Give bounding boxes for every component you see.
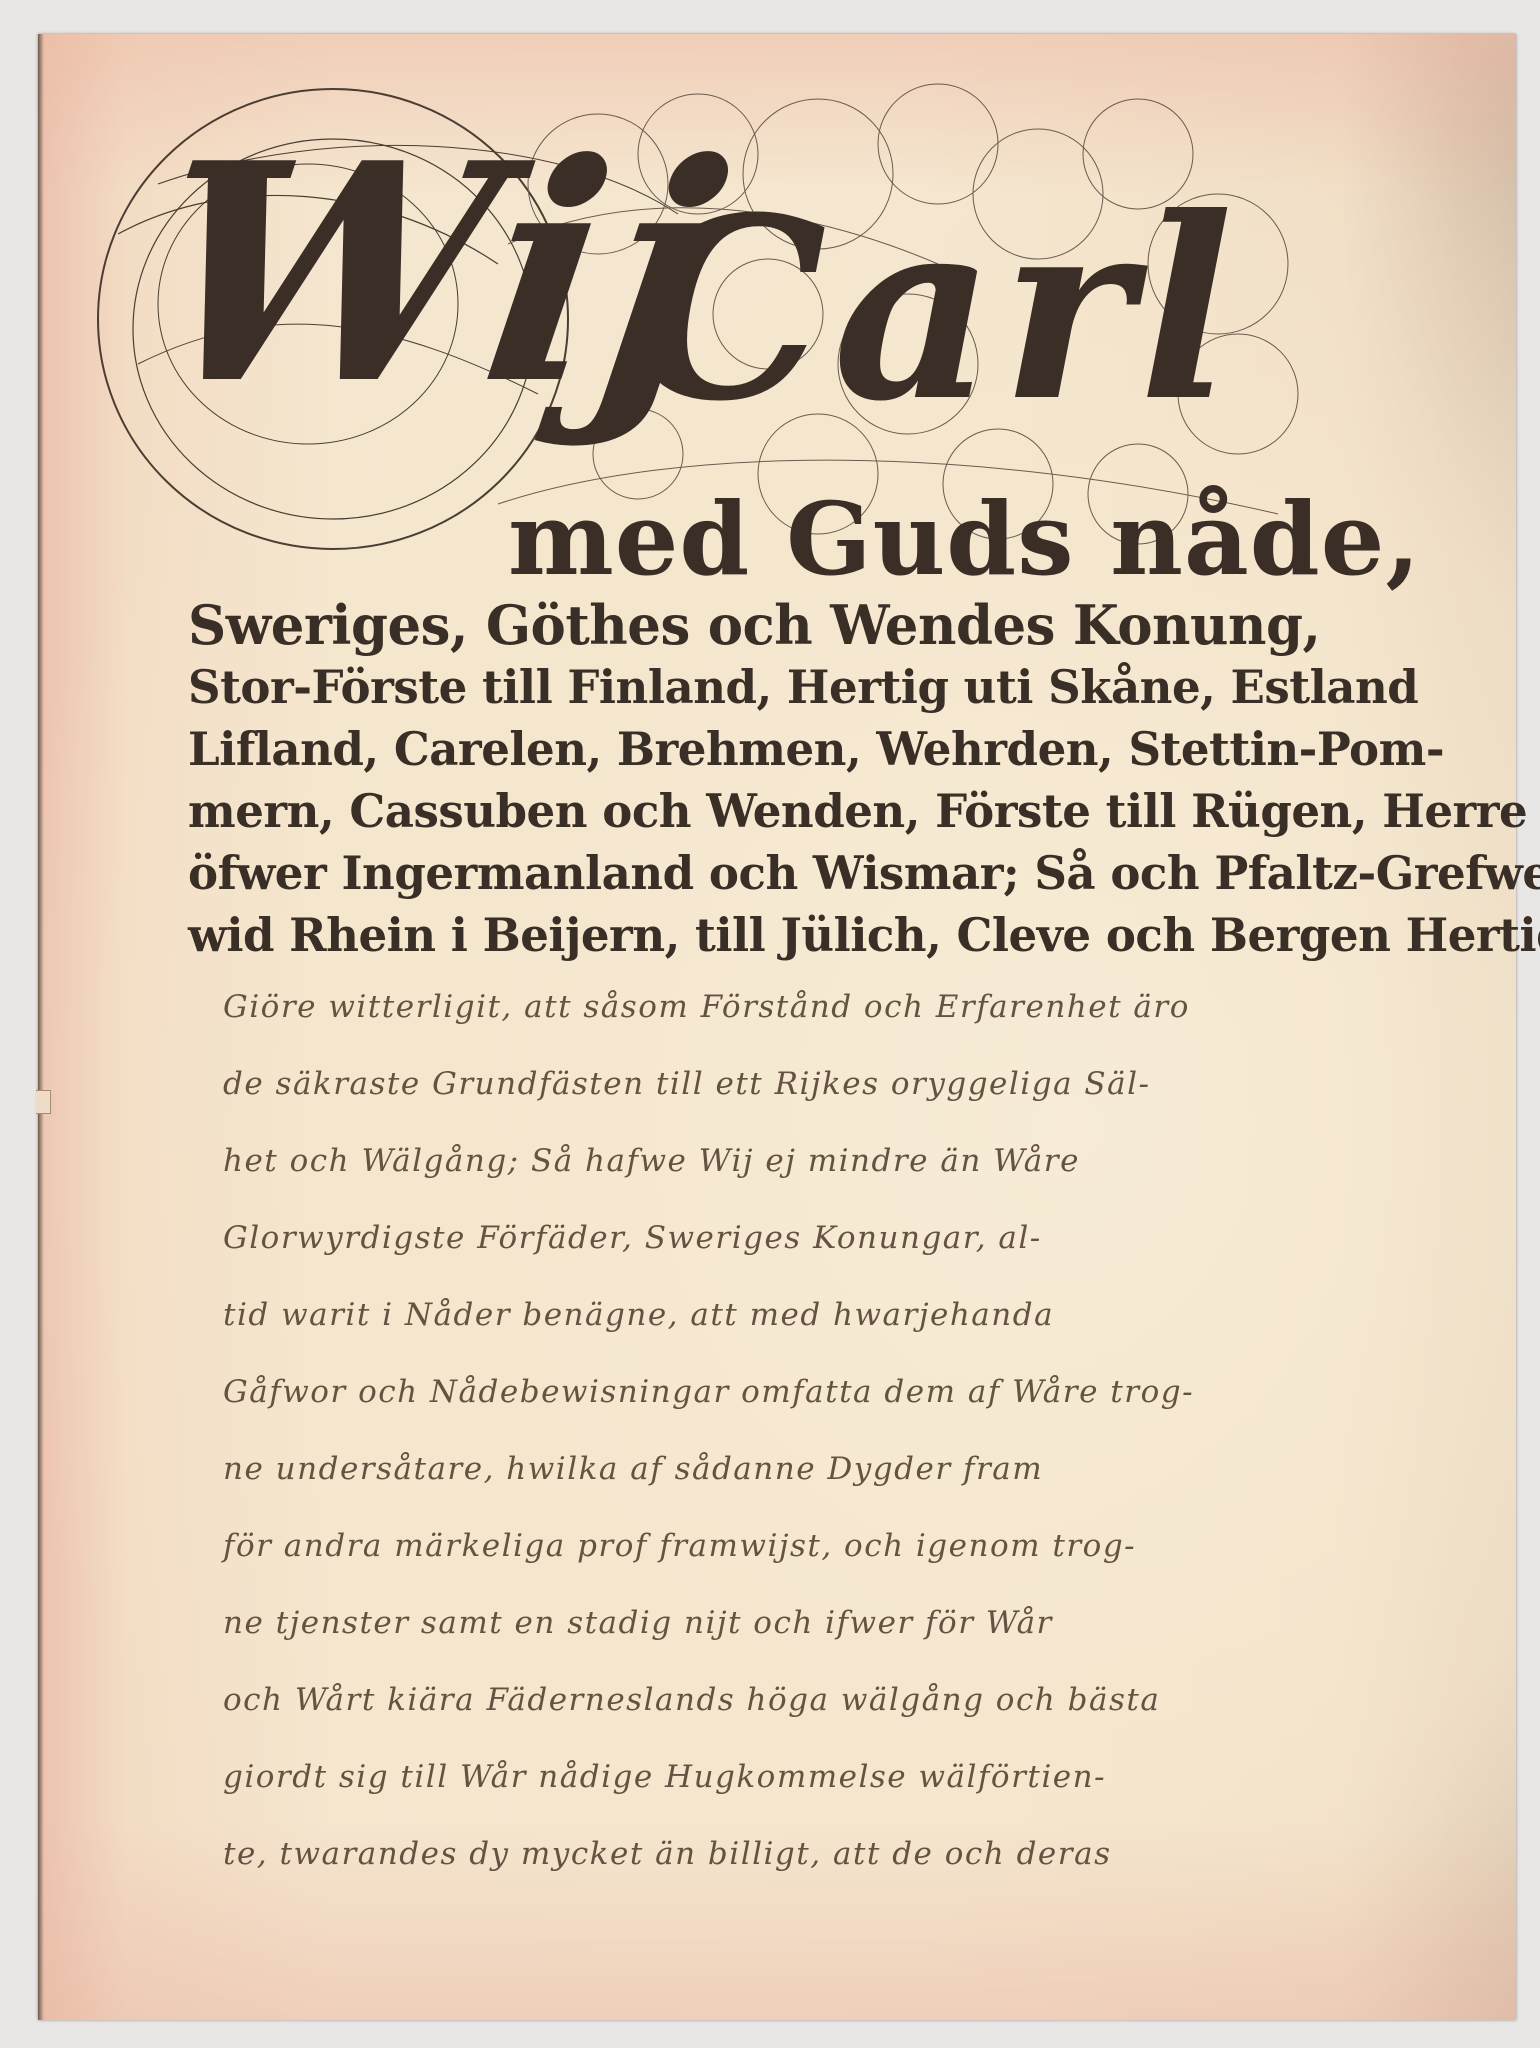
body-line: för andra märkeliga prof framwijst, och … bbox=[223, 1508, 1283, 1585]
body-line: Gåfwor och Nådebewisningar omfatta dem a… bbox=[223, 1354, 1283, 1431]
title-line: öfwer Ingermanland och Wismar; Så och Pf… bbox=[188, 842, 1246, 904]
body-line: giordt sig till Wår nådige Hugkommelse w… bbox=[223, 1739, 1283, 1816]
body-line: Glorwyrdigste Förfäder, Sweriges Konunga… bbox=[223, 1200, 1283, 1277]
body-line: het och Wälgång; Så hafwe Wij ej mindre … bbox=[223, 1123, 1283, 1200]
title-line: Lifland, Carelen, Brehmen, Wehrden, Stet… bbox=[188, 718, 1246, 780]
title-line: Sweriges, Göthes och Wendes Konung, bbox=[188, 594, 1246, 656]
body-line: ne undersåtare, hwilka af sådanne Dygder… bbox=[223, 1431, 1283, 1508]
manuscript-page: Wij Carl med Guds nåde, Sweriges, Göthes… bbox=[38, 34, 1516, 2020]
page-edge-tear bbox=[36, 1090, 51, 1114]
royal-titles-block: Sweriges, Göthes och Wendes Konung, Stor… bbox=[188, 594, 1268, 966]
heading-name-carl: Carl bbox=[628, 184, 1240, 434]
body-line: ne tjenster samt en stadig nijt och ifwe… bbox=[223, 1585, 1283, 1662]
heading-grace-line: med Guds nåde, bbox=[508, 489, 1421, 589]
body-line: de säkraste Grundfästen till ett Rijkes … bbox=[223, 1046, 1283, 1123]
title-line: mern, Cassuben och Wenden, Förste till R… bbox=[188, 780, 1246, 842]
body-line: te, twarandes dy mycket än billigt, att … bbox=[223, 1816, 1283, 1893]
body-line: tid warit i Nåder benägne, att med hwarj… bbox=[223, 1277, 1283, 1354]
title-line: wid Rhein i Beijern, till Jülich, Cleve … bbox=[188, 904, 1246, 966]
body-text-block: Giöre witterligit, att såsom Förstånd oc… bbox=[223, 969, 1283, 1893]
body-line: och Wårt kiära Fäderneslands höga wälgån… bbox=[223, 1662, 1283, 1739]
title-line: Stor-Förste till Finland, Hertig uti Skå… bbox=[188, 656, 1246, 718]
body-line: Giöre witterligit, att såsom Förstånd oc… bbox=[223, 969, 1283, 1046]
